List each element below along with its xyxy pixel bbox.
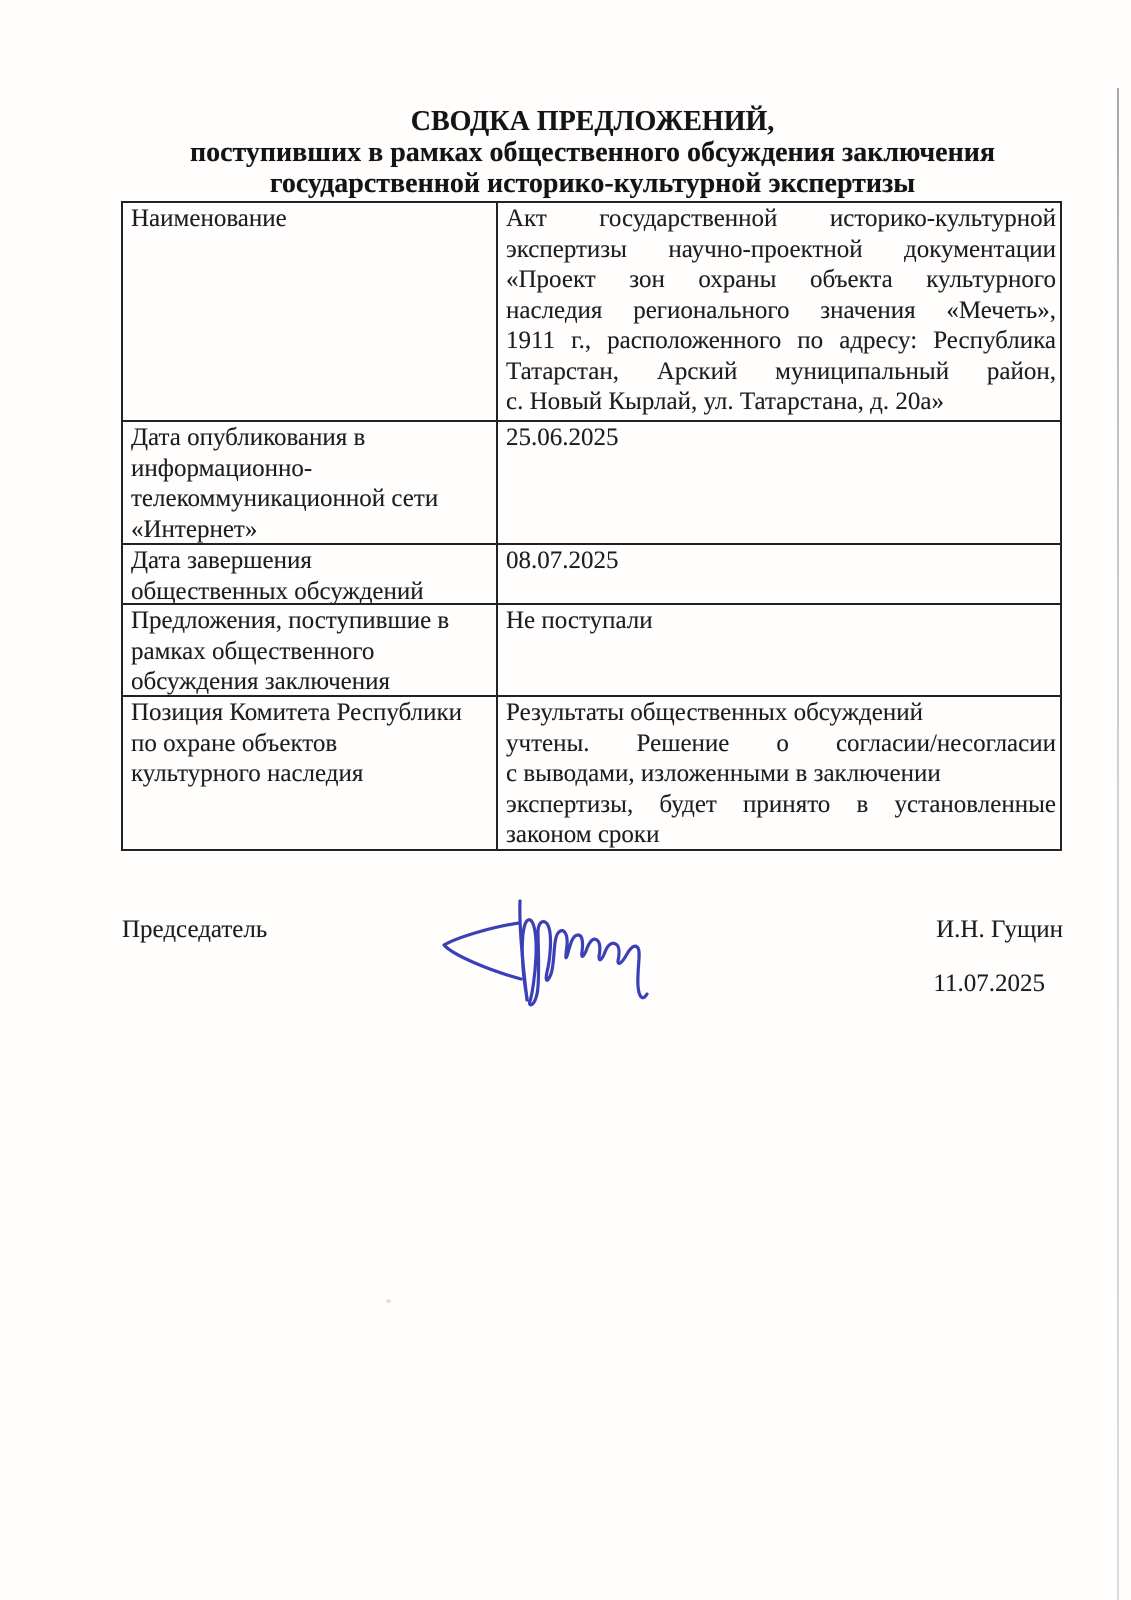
title-line-2: поступивших в рамках общественного обсуж… bbox=[122, 137, 1063, 168]
signature-wedge-stroke bbox=[444, 923, 521, 979]
title-line-1: СВОДКА ПРЕДЛОЖЕНИЙ, bbox=[122, 106, 1063, 137]
scan-artifact-dot bbox=[386, 1299, 391, 1303]
row-value: 08.07.2025 bbox=[498, 545, 1060, 603]
row-label: Дата завершения общественных обсуждений bbox=[123, 545, 498, 603]
table-row-proposals: Предложения, поступившие в рамках общест… bbox=[123, 603, 1060, 695]
document-title: СВОДКА ПРЕДЛОЖЕНИЙ, поступивших в рамках… bbox=[122, 106, 1063, 199]
row-label: Дата опубликования в информационно- теле… bbox=[123, 422, 498, 543]
table-row-publication-date: Дата опубликования в информационно- теле… bbox=[123, 420, 1060, 543]
title-line-3: государственной историко-культурной эксп… bbox=[122, 168, 1063, 199]
row-value: Результаты общественных обсуждений учтен… bbox=[498, 697, 1060, 849]
summary-table: Наименование Акт государственной историк… bbox=[121, 201, 1062, 851]
signature-stroke-group bbox=[444, 901, 647, 1005]
scanned-document-page: СВОДКА ПРЕДЛОЖЕНИЙ, поступивших в рамках… bbox=[0, 0, 1131, 1600]
table-row-end-date: Дата завершения общественных обсуждений … bbox=[123, 543, 1060, 603]
row-label: Предложения, поступившие в рамках общест… bbox=[123, 605, 498, 695]
row-label: Позиция Комитета Республики по охране об… bbox=[123, 697, 498, 849]
signer-name: И.Н. Гущин bbox=[936, 916, 1063, 944]
signature-loops-stroke bbox=[522, 920, 647, 1005]
table-row-name: Наименование Акт государственной историк… bbox=[123, 203, 1060, 420]
row-value: 25.06.2025 bbox=[498, 422, 1060, 543]
row-label: Наименование bbox=[123, 203, 498, 420]
table-row-committee-position: Позиция Комитета Республики по охране об… bbox=[123, 695, 1060, 849]
row-value: Акт государственной историко-культурной … bbox=[498, 203, 1060, 420]
row-value: Не поступали bbox=[498, 605, 1060, 695]
signature-icon bbox=[420, 860, 700, 1010]
signature-date: 11.07.2025 bbox=[933, 970, 1045, 998]
scan-paper-edge-line bbox=[1117, 88, 1119, 1600]
signer-title: Председатель bbox=[122, 916, 267, 944]
